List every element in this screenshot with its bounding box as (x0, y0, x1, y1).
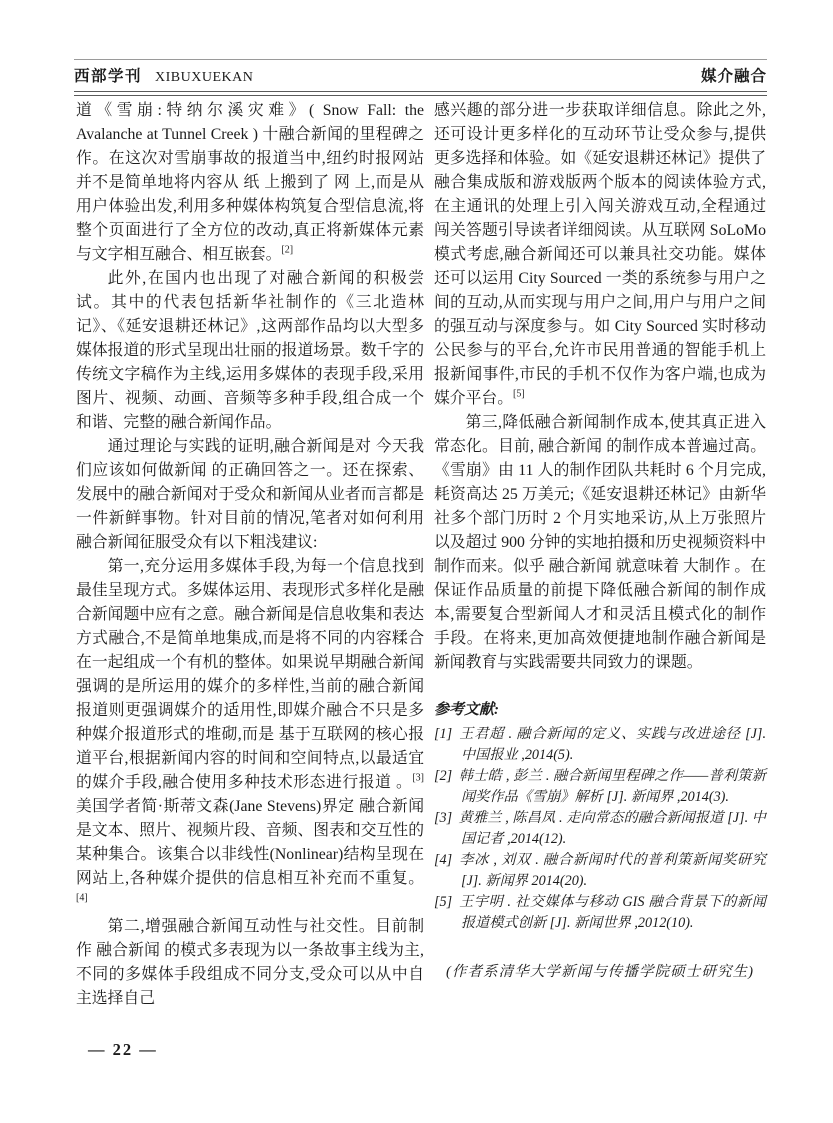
references-heading: 参考文献: (434, 698, 766, 719)
header-double-rule (74, 91, 767, 96)
footnote-marker: [5] (513, 389, 525, 400)
page-number-text: — 22 — (88, 1040, 158, 1059)
left-column: 道《雪崩:特纳尔溪灾难》( Snow Fall: the Avalanche a… (76, 99, 424, 1011)
text-run: 道《雪崩:特纳尔溪灾难》( Snow Fall: the Avalanche a… (76, 102, 424, 263)
right-paragraphs: 感兴趣的部分进一步获取详细信息。除此之外,还可设计更多样化的互动环节让受众参与,… (434, 99, 766, 675)
journal-title-en: XIBUXUEKAN (155, 70, 253, 85)
text-run: 第二,增强融合新闻互动性与社交性。目前制作 融合新闻 的模式多表现为以一条故事主… (76, 918, 424, 1007)
reference-label: [5] (434, 894, 452, 910)
reference-label: [4] (434, 852, 452, 868)
reference-item: [4]李冰 , 刘双 . 融合新闻时代的普利策新闻奖研究 [J]. 新闻界 20… (434, 850, 766, 892)
reference-item: [3]黄雅兰 , 陈昌凤 . 走向常态的融合新闻报道 [J]. 中国记者 ,20… (434, 808, 766, 850)
reference-text: 王君超 . 融合新闻的定义、实践与改进途径 [J]. 中国报业 ,2014(5)… (459, 726, 766, 763)
references-list: [1]王君超 . 融合新闻的定义、实践与改进途径 [J]. 中国报业 ,2014… (434, 724, 766, 934)
paragraph: 通过理论与实践的证明,融合新闻是对 今天我们应该如何做新闻 的正确回答之一。还在… (76, 435, 424, 555)
text-run: 美国学者简·斯蒂文森(Jane Stevens)界定 融合新闻是文本、照片、视频… (76, 798, 424, 887)
text-run: 此外,在国内也出现了对融合新闻的积极尝试。其中的代表包括新华社制作的《三北造林记… (76, 270, 424, 431)
paragraph: 感兴趣的部分进一步获取详细信息。除此之外,还可设计更多样化的互动环节让受众参与,… (434, 99, 766, 411)
reference-text: 李冰 , 刘双 . 融合新闻时代的普利策新闻奖研究 [J]. 新闻界 2014(… (459, 852, 766, 889)
references-section: 参考文献: [1]王君超 . 融合新闻的定义、实践与改进途径 [J]. 中国报业… (434, 698, 766, 934)
text-run: 第三,降低融合新闻制作成本,使其真正进入常态化。目前, 融合新闻 的制作成本普遍… (434, 414, 766, 671)
reference-item: [5]王宇明 . 社交媒体与移动 GIS 融合背景下的新闻报道模式创新 [J].… (434, 892, 766, 934)
reference-text: 王宇明 . 社交媒体与移动 GIS 融合背景下的新闻报道模式创新 [J]. 新闻… (459, 894, 766, 931)
text-run: 第一,充分运用多媒体手段,为每一个信息找到最佳呈现方式。多媒体运用、表现形式多样… (76, 558, 424, 791)
header-row: 西部学刊XIBUXUEKAN 媒介融合 (74, 60, 767, 91)
journal-title-cn: 西部学刊 (74, 68, 142, 85)
paragraph: 第三,降低融合新闻制作成本,使其真正进入常态化。目前, 融合新闻 的制作成本普遍… (434, 411, 766, 675)
reference-item: [2]韩士皓 , 彭兰 . 融合新闻里程碑之作——普利策新闻奖作品《雪崩》解析 … (434, 766, 766, 808)
journal-title: 西部学刊XIBUXUEKAN (74, 64, 253, 86)
paragraph: 此外,在国内也出现了对融合新闻的积极尝试。其中的代表包括新华社制作的《三北造林记… (76, 267, 424, 435)
paragraph: 第一,充分运用多媒体手段,为每一个信息找到最佳呈现方式。多媒体运用、表现形式多样… (76, 555, 424, 915)
reference-text: 韩士皓 , 彭兰 . 融合新闻里程碑之作——普利策新闻奖作品《雪崩》解析 [J]… (459, 768, 766, 805)
section-title: 媒介融合 (701, 64, 767, 86)
page-number: — 22 — (88, 1040, 158, 1060)
text-run: 通过理论与实践的证明,融合新闻是对 今天我们应该如何做新闻 的正确回答之一。还在… (76, 438, 424, 551)
footnote-marker: [3] (412, 773, 424, 784)
reference-label: [2] (434, 768, 452, 784)
page-header: 西部学刊XIBUXUEKAN 媒介融合 (74, 59, 767, 96)
reference-label: [1] (434, 726, 452, 742)
footnote-marker: [4] (76, 893, 88, 904)
paragraph: 道《雪崩:特纳尔溪灾难》( Snow Fall: the Avalanche a… (76, 99, 424, 267)
right-column: 感兴趣的部分进一步获取详细信息。除此之外,还可设计更多样化的互动环节让受众参与,… (434, 99, 766, 981)
author-note: (作者系清华大学新闻与传播学院硕士研究生) (434, 960, 766, 981)
reference-label: [3] (434, 810, 452, 826)
paragraph: 第二,增强融合新闻互动性与社交性。目前制作 融合新闻 的模式多表现为以一条故事主… (76, 915, 424, 1011)
reference-item: [1]王君超 . 融合新闻的定义、实践与改进途径 [J]. 中国报业 ,2014… (434, 724, 766, 766)
reference-text: 黄雅兰 , 陈昌凤 . 走向常态的融合新闻报道 [J]. 中国记者 ,2014(… (459, 810, 766, 847)
footnote-marker: [2] (281, 245, 293, 256)
text-run: 感兴趣的部分进一步获取详细信息。除此之外,还可设计更多样化的互动环节让受众参与,… (434, 102, 766, 407)
journal-page: 西部学刊XIBUXUEKAN 媒介融合 道《雪崩:特纳尔溪灾难》( Snow F… (0, 0, 833, 1123)
